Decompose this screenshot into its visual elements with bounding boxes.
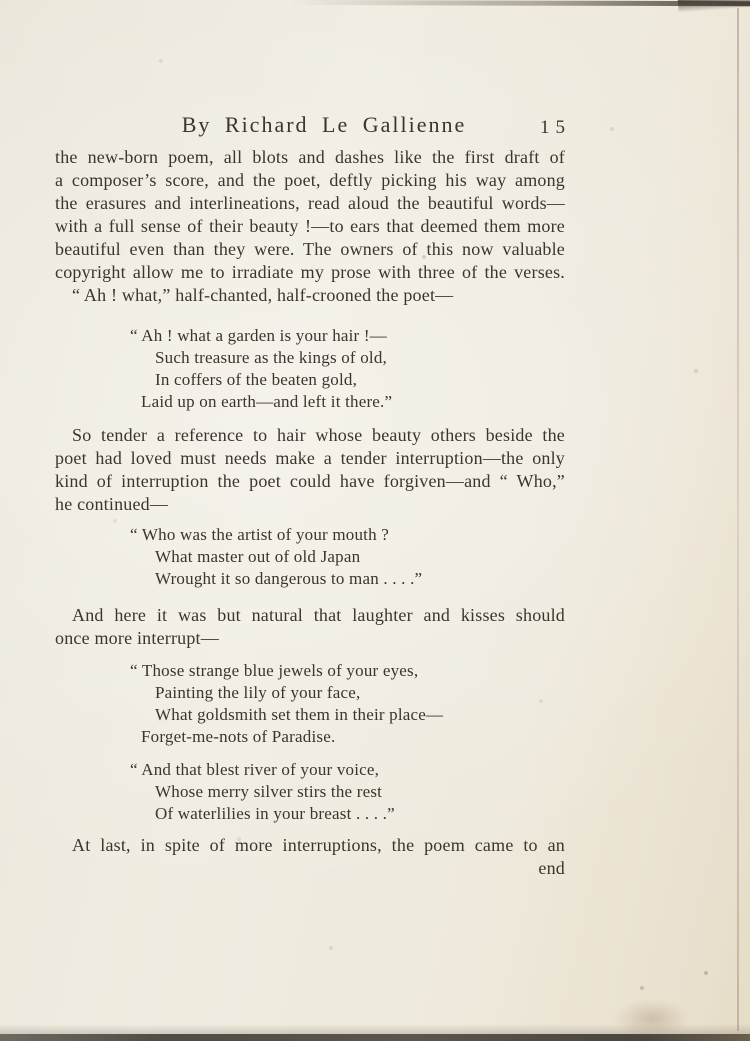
poem-stanza-hair: “ Ah ! what a garden is your hair !— Suc… — [55, 325, 565, 413]
verse-line: “ And that blest river of your voice, — [130, 759, 565, 781]
body-line: And here it was but natural that laughte… — [55, 604, 565, 627]
verse-line: Painting the lily of your face, — [155, 682, 565, 704]
body-line: So tender a reference to hair whose beau… — [55, 424, 565, 447]
body-line: a composer’s score, and the poet, deftly… — [55, 169, 565, 192]
paragraph-so-tender: So tender a reference to hair whose beau… — [55, 424, 565, 516]
verse-line: “ Those strange blue jewels of your eyes… — [130, 660, 565, 682]
verse-line: Of waterlilies in your breast . . . .” — [155, 803, 565, 825]
paragraph-and-here: And here it was but natural that laughte… — [55, 604, 565, 650]
verse-line: What goldsmith set them in their place— — [155, 704, 565, 726]
page-title: By Richard Le Gallienne — [69, 110, 579, 140]
body-line: once more interrupt— — [55, 627, 565, 650]
verse-line: What master out of old Japan — [155, 546, 565, 568]
paragraph-opening: the new-born poem, all blots and dashes … — [55, 146, 565, 307]
body-line: the erasures and interlineations, read a… — [55, 192, 565, 215]
verse-line: Laid up on earth—and left it there.” — [141, 391, 565, 413]
verse-line: Forget-me-nots of Paradise. — [141, 726, 565, 748]
poem-stanza-voice: “ And that blest river of your voice, Wh… — [55, 759, 565, 825]
body-line: the new-born poem, all blots and dashes … — [55, 146, 565, 169]
body-line: he continued— — [55, 493, 565, 516]
page-number: 15 — [540, 117, 571, 139]
page-top-corner-edge — [678, 0, 750, 13]
verse-line: “ Who was the artist of your mouth ? — [130, 524, 565, 546]
paragraph-at-last: At last, in spite of more interruptions,… — [55, 834, 565, 880]
verse-line: Whose merry silver stirs the rest — [155, 781, 565, 803]
verse-line: In coffers of the beaten gold, — [155, 369, 565, 391]
body-line: with a full sense of their beauty !—to e… — [55, 215, 565, 238]
poem-stanza-mouth: “ Who was the artist of your mouth ? Wha… — [55, 524, 565, 590]
body-line: poet had loved must needs make a tender … — [55, 447, 565, 470]
page-right-edge-line — [737, 8, 739, 1031]
poem-stanza-eyes: “ Those strange blue jewels of your eyes… — [55, 660, 565, 748]
text-block: By Richard Le Gallienne 15 the new-born … — [55, 0, 565, 880]
body-line: kind of interruption the poet could have… — [55, 470, 565, 493]
stain-smudge — [612, 998, 692, 1040]
verse-line: Wrought it so dangerous to man . . . .” — [155, 568, 565, 590]
verse-line: “ Ah ! what a garden is your hair !— — [130, 325, 565, 347]
running-header: By Richard Le Gallienne 15 — [55, 110, 565, 140]
book-page: By Richard Le Gallienne 15 the new-born … — [0, 0, 750, 1041]
verse-line: Such treasure as the kings of old, — [155, 347, 565, 369]
dialogue-line: “ Ah ! what,” half-chanted, half-crooned… — [55, 284, 565, 307]
body-line: beautiful even than they were. The owner… — [55, 238, 565, 261]
foxing-speckles — [0, 0, 2, 2]
body-line: At last, in spite of more interruptions,… — [55, 834, 565, 857]
body-line: copyright allow me to irradiate my prose… — [55, 261, 565, 284]
catchword: end — [55, 857, 565, 880]
